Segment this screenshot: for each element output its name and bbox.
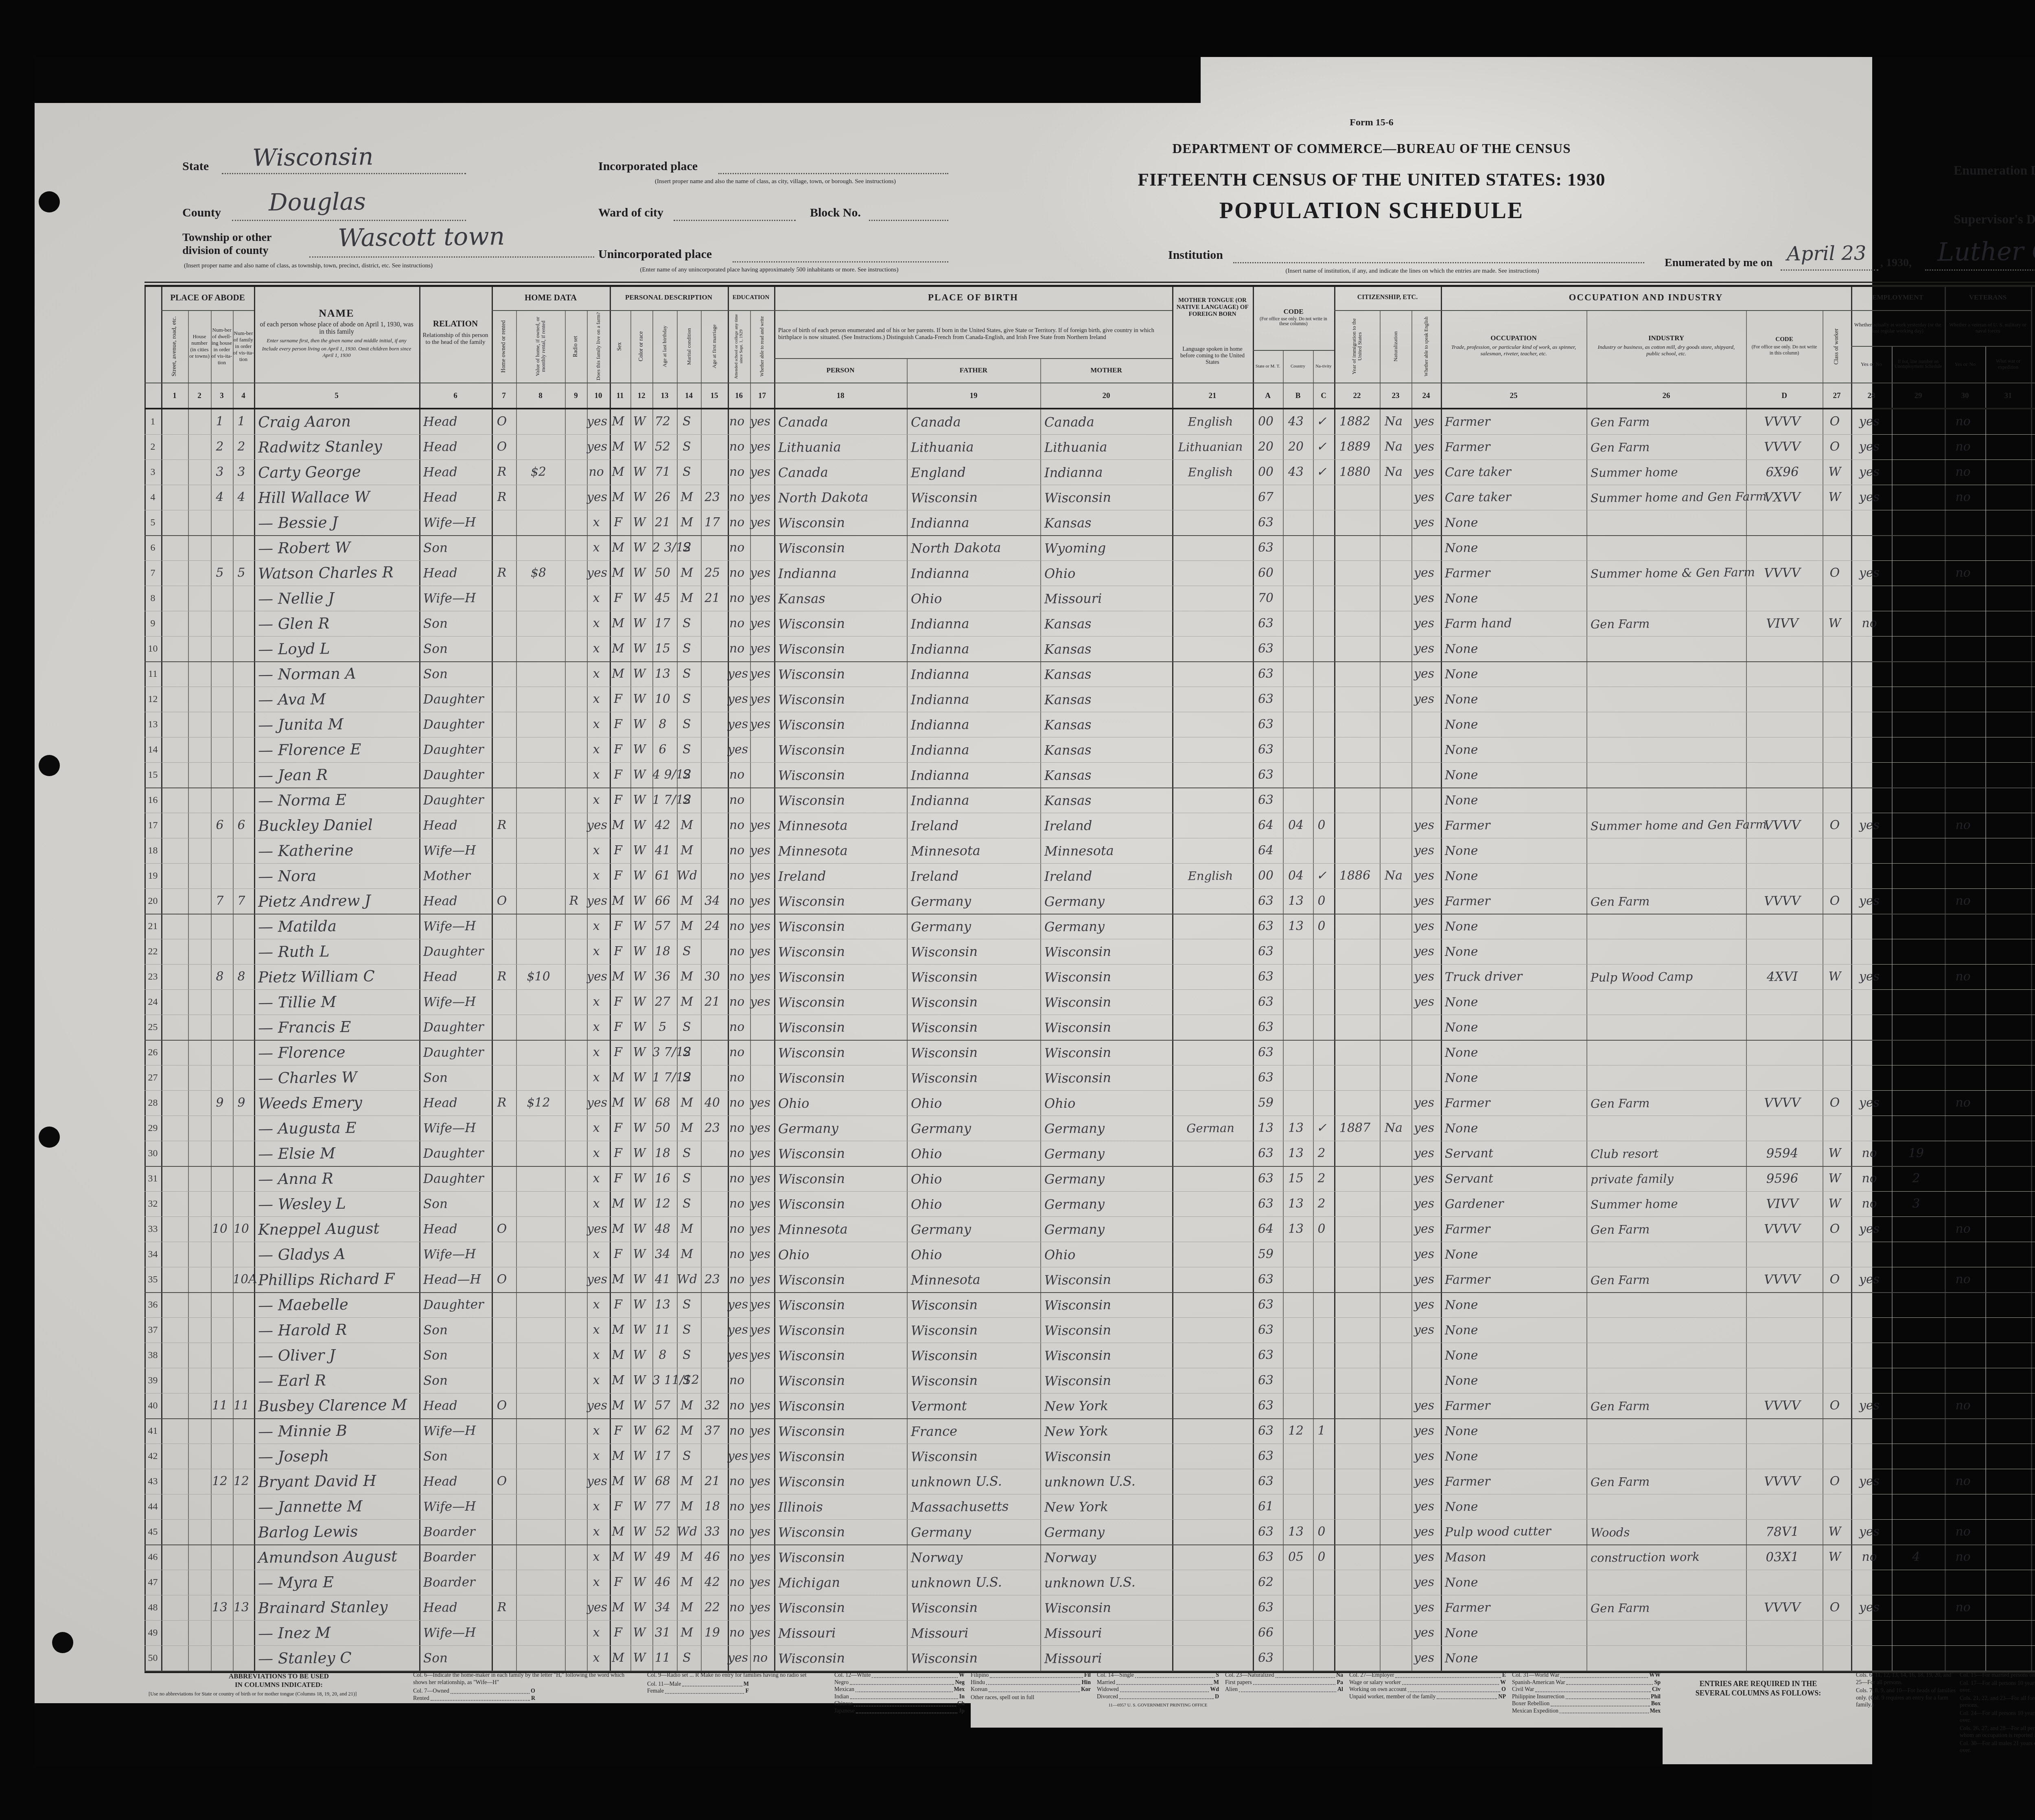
census-cell-b: 13 [1283,1116,1309,1141]
census-cell-oc: Truck driver [1441,963,1587,990]
census-cell-a: 63 [1253,989,1279,1015]
census-cell-a: 60 [1253,560,1279,586]
census-cell-name: — Junita M [254,711,420,738]
census-cell-s17: yes [750,1166,770,1192]
census-cell-b1: Wisconsin [774,1014,907,1040]
footer-entries-title: ENTRIES ARE REQUIRED IN THESEVERAL COLUM… [1667,1672,1850,1697]
census-cell-cd: VIVV [1746,610,1819,637]
state-line [222,173,466,174]
census-cell-rc: W [630,1292,649,1317]
census-cell-in: Gen Farm [1586,1216,1746,1242]
column-number-31: 31 [1985,383,2031,409]
scan-edge-bottom-mid [971,1728,1663,1766]
census-cell-b2: Norway [907,1544,1041,1570]
census-cell-ag: 17 [652,611,673,637]
census-cell-c: ✓ [1313,459,1330,485]
census-cell-s17: yes [750,661,770,687]
column-number-22: 22 [1334,383,1380,409]
line-number-left: 23 [144,964,161,989]
census-cell-b2: Vermont [907,1392,1041,1419]
census-cell-o: R [492,485,512,510]
header-worked-yesterday: Yes or No [1851,346,1892,383]
census-cell-fm: 7 [233,888,250,914]
census-cell-en: yes [1411,1393,1437,1419]
header-immigration-year: Year of immigration to the United States [1334,310,1380,383]
census-cell-b3: Wisconsin [1040,1266,1173,1293]
census-cell-ms: S [677,1317,697,1343]
column-rule [1985,346,1986,1671]
column-number-28: 28 [1851,383,1892,409]
census-cell-s17: yes [750,888,770,914]
scan-edge-bottom-left [35,1703,971,1766]
column-number-D: D [1746,383,1823,409]
column-number-7: 7 [492,383,516,409]
census-cell-f: yes [587,1090,606,1116]
line-number-left: 41 [144,1418,161,1444]
census-cell-ms: M [677,560,697,586]
census-cell-v30: no [1945,1544,1982,1570]
census-cell-ag: 31 [652,1620,673,1646]
line-number-left: 4 [144,485,161,510]
census-cell-sx: F [610,863,627,888]
census-cell-sx: F [610,1292,627,1317]
column-number-2: 2 [188,383,211,409]
census-cell-b: 12 [1283,1418,1309,1444]
census-cell-b3: Indianna [1040,459,1173,485]
census-cell-sx: F [610,1116,627,1141]
census-cell-rel: Son [419,535,492,561]
census-cell-rel: Daughter [419,1292,492,1318]
census-cell-b3: Lithuania [1040,433,1173,460]
census-cell-b3: Missouri [1040,585,1173,611]
census-cell-ms: M [677,1090,697,1116]
census-cell-b3: Minnesota [1040,837,1173,864]
census-cell-b2: Wisconsin [907,1291,1041,1318]
line-number-left: 31 [144,1166,161,1191]
census-cell-rel: Daughter [419,1140,492,1166]
census-cell-b3: unknown U.S. [1040,1468,1173,1494]
census-cell-name: Bryant David H [254,1468,420,1495]
census-cell-b2: Wisconsin [907,1014,1041,1040]
census-cell-ms: S [677,1040,697,1065]
header-marital: Marital condition [677,310,701,383]
census-cell-en: yes [1411,409,1437,435]
census-cell-s16: no [728,1090,746,1116]
census-cell-cd: VVVV [1746,888,1819,914]
line-number-left: 38 [144,1343,161,1368]
census-cell-name: — Joseph [254,1443,420,1470]
line-number-left: 47 [144,1570,161,1595]
census-cell-am: 22 [701,1595,724,1621]
census-cell-b2: Wisconsin [907,1594,1041,1621]
census-cell-ag: 6 [652,737,673,763]
census-cell-f: yes [587,1267,606,1292]
census-cell-ag: 77 [652,1494,673,1520]
census-cell-b3: Germany [1040,1165,1173,1192]
census-cell-en: yes [1411,1267,1437,1293]
institution-label: Institution [1168,248,1223,262]
census-cell-rel: Son [419,1065,492,1091]
census-cell-b2: Ohio [907,1241,1041,1267]
census-cell-cw: W [1823,1191,1847,1217]
census-cell-name: Buckley Daniel [254,812,420,839]
census-cell-ag: 5 [652,1015,673,1040]
census-cell-a: 63 [1253,964,1279,990]
census-cell-b1: Wisconsin [774,1392,907,1419]
census-cell-s17: yes [750,1595,770,1621]
census-cell-oc: None [1441,938,1587,965]
census-cell-w28: yes [1851,964,1888,990]
census-cell-a: 63 [1253,1065,1279,1091]
census-cell-fm: 11 [233,1393,250,1418]
census-cell-s17: yes [750,1544,770,1570]
census-cell-w28: yes [1851,1267,1888,1293]
census-cell-a: 00 [1253,863,1279,889]
census-cell-cw: O [1823,1216,1847,1242]
census-cell-in: Gen Farm [1586,1468,1746,1495]
census-cell-in: Gen Farm [1586,888,1746,914]
census-cell-en: yes [1411,1494,1437,1520]
census-cell-rel: Wife—H [419,585,492,611]
census-cell-ag: 17 [652,1444,673,1469]
census-cell-rel: Boarder [419,1569,492,1595]
census-cell-b3: Wisconsin [1040,989,1173,1015]
census-cell-ms: Wd [677,863,697,889]
census-cell-w28: yes [1851,1216,1888,1242]
census-cell-name: Hill Wallace W [254,484,420,511]
census-cell-cw: O [1823,1090,1847,1116]
census-cell-b2: Wisconsin [907,938,1041,965]
census-cell-b1: Minnesota [774,1216,907,1242]
census-cell-oc: Servant [1441,1140,1587,1167]
census-cell-dw: 9 [211,1090,229,1116]
column-number-14: 14 [677,383,701,409]
header-pob-father: FATHER [907,358,1040,383]
census-cell-b2: Ireland [907,862,1041,889]
census-cell-cw: O [1823,1469,1847,1494]
census-cell-rel: Daughter [419,737,492,763]
line-number-left: 36 [144,1292,161,1317]
census-cell-f: x [587,762,606,787]
census-cell-b1: Wisconsin [774,509,907,536]
census-cell-b3: Kansas [1040,610,1173,637]
column-rule [1313,350,1314,1671]
line-number-left: 17 [144,813,161,838]
census-cell-b1: Wisconsin [774,989,907,1015]
census-cell-o: R [492,813,512,838]
census-cell-ms: S [677,1191,697,1217]
census-cell-f: x [587,737,606,762]
census-cell-c: ✓ [1313,434,1330,459]
column-number-30: 30 [1945,383,1985,409]
census-cell-b2: Wisconsin [907,1443,1041,1469]
census-cell-am: 21 [701,586,724,611]
census-cell-s16: no [728,1015,746,1040]
census-cell-ag: 18 [652,1141,673,1166]
census-cell-ag: 68 [652,1469,673,1494]
census-cell-name: — Myra E [254,1569,420,1596]
census-cell-s17: yes [750,1570,770,1595]
census-cell-f: x [587,1620,606,1645]
census-cell-rc: W [630,1141,649,1166]
census-cell-ag: 52 [652,434,673,460]
census-cell-oc: Farmer [1441,1266,1587,1293]
census-cell-s16: no [728,1166,746,1191]
column-number-6: 6 [419,383,492,409]
census-cell-ag: 26 [652,485,673,510]
census-cell-en: yes [1411,1519,1437,1545]
census-cell-in: Pulp Wood Camp [1586,963,1746,990]
census-cell-cd: VVVV [1746,434,1819,460]
census-cell-b3: Germany [1040,888,1173,914]
census-cell-s16: no [728,636,746,661]
header-age-first-marriage: Age at first marriage [701,310,728,383]
census-cell-ag: 2 3/12 [652,535,673,561]
census-cell-b2: North Dakota [907,534,1041,561]
census-cell-b: 13 [1283,1519,1309,1545]
census-cell-w29: 3 [1892,1191,1941,1216]
census-cell-ms: S [677,661,697,687]
census-cell-ag: 13 [652,1292,673,1318]
census-cell-o: R [492,964,512,990]
census-cell-sx: M [610,1216,627,1242]
census-cell-name: — Elsie M [254,1140,420,1167]
header-war-expedition: What war or expedition [1985,346,2031,383]
census-cell-ms: M [677,1216,697,1242]
census-cell-ms: S [677,1166,697,1192]
census-cell-rc: W [630,762,649,787]
census-cell-rc: W [630,1166,649,1191]
census-cell-rc: W [630,611,649,636]
census-cell-b3: Wyoming [1040,534,1173,561]
census-cell-ag: 52 [652,1519,673,1545]
census-cell-b1: Wisconsin [774,913,907,939]
census-cell-sx: M [610,1267,627,1292]
line-number-left: 15 [144,762,161,787]
census-cell-oc: None [1441,1291,1587,1318]
census-cell-ag: 42 [652,813,673,838]
census-cell-name: — Stanley C [254,1645,420,1671]
census-cell-b3: Wisconsin [1040,1367,1173,1393]
census-cell-name: — Norman A [254,661,420,687]
line-number-left: 3 [144,459,161,485]
column-number-21: 21 [1172,383,1253,409]
census-cell-cd: 9596 [1746,1166,1819,1192]
census-cell-ms: S [677,409,697,435]
census-cell-s17: no [750,1645,770,1671]
county-label: County [182,206,221,220]
census-cell-ms: M [677,838,697,864]
census-cell-im: 1887 [1334,1115,1376,1141]
census-cell-am: 23 [701,1116,724,1141]
census-cell-s16: no [728,409,746,434]
census-cell-b3: Wisconsin [1040,1039,1173,1065]
census-cell-f: x [587,712,606,737]
census-cell-a: 64 [1253,838,1279,864]
census-cell-b3: Ohio [1040,1241,1173,1267]
census-cell-ag: 18 [652,939,673,965]
census-cell-b3: New York [1040,1493,1173,1520]
census-cell-s16: no [728,1519,746,1544]
census-cell-ag: 21 [652,510,673,536]
census-cell-s16: yes [728,1444,746,1469]
census-cell-name: — Inez M [254,1619,420,1646]
census-cell-name: — Glen R [254,610,420,637]
census-cell-rel: Wife—H [419,838,492,864]
census-cell-ag: 41 [652,838,673,864]
census-cell-b3: Wisconsin [1040,1342,1173,1368]
census-cell-a: 63 [1253,1141,1279,1166]
census-cell-sx: M [610,1645,627,1671]
line-number-left: 14 [144,737,161,762]
census-cell-b3: Germany [1040,1190,1173,1217]
census-cell-ms: S [677,1141,697,1166]
sd-label: Supervisor's District No. [1954,212,2035,227]
census-cell-dw: 13 [211,1595,229,1620]
census-cell-b2: Ohio [907,585,1041,611]
census-cell-ms: M [677,1620,697,1646]
census-cell-cd: VIVV [1746,1191,1819,1217]
census-cell-fm: 12 [233,1469,250,1494]
census-cell-am: 40 [701,1090,724,1116]
census-cell-f: no [587,459,606,485]
census-cell-cw: O [1823,888,1847,914]
census-cell-ag: 10 [652,687,673,712]
census-cell-rc: W [630,459,649,485]
census-cell-rel: Daughter [419,938,492,965]
census-cell-s16: no [728,888,746,914]
census-cell-a: 63 [1253,737,1279,763]
census-cell-oc: Farmer [1441,888,1587,914]
census-cell-f: x [587,586,606,611]
column-number-B: B [1283,383,1313,409]
census-cell-v30: no [1945,1216,1982,1242]
census-cell-s16: no [728,1595,746,1620]
census-cell-f: yes [587,1595,606,1620]
census-cell-b: 04 [1283,813,1309,838]
schedule-title: POPULATION SCHEDULE [1026,198,1718,224]
census-cell-oc: Farmer [1441,1594,1587,1621]
census-cell-rc: W [630,1343,649,1368]
footer-col31-abbrevs: Col. 31—World WarWWSpanish-American WarS… [1512,1672,1661,1715]
header-employment: EMPLOYMENT [1851,285,1945,310]
census-cell-f: yes [587,1469,606,1494]
census-cell-fm: 13 [233,1595,250,1620]
enumerated-year: , 1930, [1880,256,1912,269]
census-cell-s17: yes [750,1242,770,1267]
census-cell-sx: M [610,813,627,838]
census-cell-a: 59 [1253,1090,1279,1116]
census-cell-b1: Missouri [774,1619,907,1646]
column-number-29: 29 [1892,383,1945,409]
census-cell-oc: None [1441,1241,1587,1268]
census-cell-cd: VVVV [1746,1595,1819,1621]
census-cell-ms: S [677,611,697,637]
census-cell-fm: 10 [233,1216,250,1242]
census-cell-ms: S [677,1015,697,1040]
census-cell-ag: 11 [652,1645,673,1671]
line-number-left: 18 [144,838,161,863]
census-cell-s16: no [728,1216,746,1242]
census-cell-b1: Wisconsin [774,1190,907,1217]
line-number-left: 28 [144,1090,161,1116]
census-cell-sx: F [610,1040,627,1065]
census-cell-en: yes [1411,863,1437,889]
footer-col12b-abbrevs: FilipinoFilHinduHinKoreanKorOther races,… [971,1672,1091,1701]
census-cell-f: x [587,1570,606,1595]
census-cell-dw: 10 [211,1216,229,1242]
census-cell-ag: 68 [652,1090,673,1116]
census-cell-rc: W [630,485,649,510]
census-cell-ag: 3 11/12 [652,1368,673,1393]
column-number-5: 5 [254,383,419,409]
census-cell-ag: 41 [652,1267,673,1293]
census-cell-rel: Son [419,1367,492,1393]
census-cell-ms: M [677,485,697,510]
census-cell-f: x [587,863,606,888]
census-cell-en: yes [1411,1544,1437,1570]
census-cell-sx: M [610,636,627,661]
census-cell-cd: 03X1 [1746,1544,1819,1570]
census-cell-dw: 12 [211,1469,229,1494]
census-cell-w28: yes [1851,1469,1888,1494]
census-cell-am: 37 [701,1418,724,1444]
census-cell-s17: yes [750,485,770,510]
census-cell-b2: Germany [907,888,1041,914]
unincorporated-note: (Enter name of any unincorporated place … [586,267,952,273]
census-cell-s17: yes [750,687,770,712]
header-relation: RELATIONRelationship of this person to t… [419,285,492,383]
census-cell-oc: Farmer [1441,408,1587,435]
census-cell-fs: 3 [2031,484,2035,510]
census-cell-b1: Wisconsin [774,1443,907,1469]
line-number-left: 39 [144,1368,161,1393]
census-cell-in: Club resort [1586,1140,1746,1167]
census-cell-rel: Head [419,1595,492,1621]
census-cell-f: yes [587,560,606,586]
column-number-20: 20 [1040,383,1172,409]
census-cell-fm: 9 [233,1090,250,1116]
census-cell-a: 63 [1253,1393,1279,1419]
census-cell-in: Gen Farm [1586,408,1746,435]
census-cell-f: x [587,636,606,661]
census-cell-in: Summer home and Gen Farm [1586,812,1746,839]
census-cell-en: yes [1411,459,1437,485]
census-cell-b3: Ohio [1040,1089,1173,1116]
census-cell-sx: F [610,762,627,787]
census-cell-s16: no [728,1570,746,1595]
census-cell-cw: O [1823,1267,1847,1293]
census-cell-b1: Ireland [774,862,907,889]
census-cell-cw: O [1823,1595,1847,1621]
scan-edge-top-left [35,57,1201,103]
census-cell-b2: Missouri [907,1619,1041,1646]
census-cell-b1: Wisconsin [774,736,907,763]
census-cell-fs: 1 [2031,409,2035,434]
census-cell-oc: None [1441,1115,1587,1142]
census-cell-c: ✓ [1313,409,1330,434]
census-cell-b1: Wisconsin [774,1544,907,1570]
census-cell-ag: 27 [652,989,673,1015]
census-cell-a: 63 [1253,1267,1279,1293]
census-cell-b2: Indianna [907,686,1041,712]
census-cell-rc: W [630,1015,649,1040]
census-cell-sx: F [610,939,627,964]
census-cell-b3: Wisconsin [1040,1594,1173,1621]
census-cell-a: 70 [1253,586,1279,611]
header-mother-tongue: MOTHER TONGUE (OR NATIVE LANGUAGE) OF FO… [1172,285,1253,330]
census-cell-oc: Care taker [1441,484,1587,511]
